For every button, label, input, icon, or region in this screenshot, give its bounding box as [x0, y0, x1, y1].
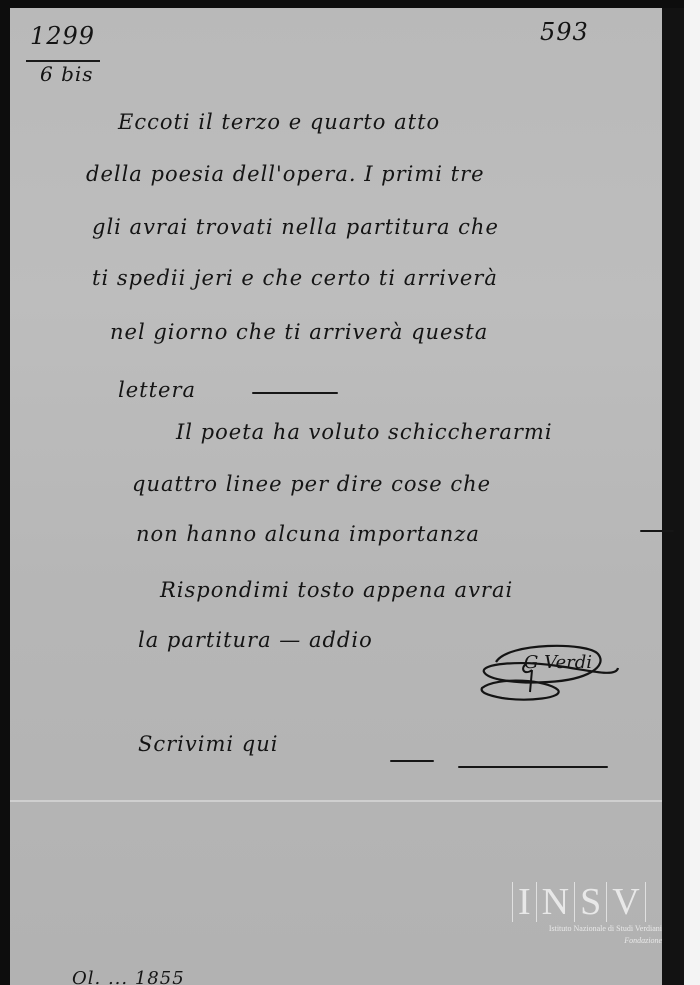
letter-line: gli avrai trovati nella partitura che [92, 215, 499, 239]
bottom-note: Ol. ... 1855 [72, 968, 185, 985]
letter-line: nel giorno che ti arriverà questa [110, 320, 488, 344]
letter-line: Rispondimi tosto appena avrai [160, 578, 513, 602]
archive-number: 1299 [30, 22, 95, 50]
page-number: 593 [540, 18, 589, 46]
letter-line: Eccoti il terzo e quarto atto [118, 110, 440, 134]
scan-margin [684, 0, 700, 985]
letter-line: quattro linee per dire cose che [132, 472, 491, 496]
letter-line: la partitura — addio [138, 628, 373, 652]
letter-line: ti spedii jeri e che certo ti arriverà [92, 266, 498, 290]
line-dash [640, 530, 674, 532]
letter-line: Il poeta ha voluto schiccherarmi [176, 420, 553, 444]
watermark-subtitle: Fondazione [512, 936, 662, 946]
letter-line: della poesia dell'opera. I primi tre [86, 162, 485, 186]
line-dash [390, 760, 434, 762]
signature-text: G Verdi [524, 652, 592, 673]
line-dash [458, 766, 608, 768]
archive-subnumber: 6 bis [40, 62, 94, 86]
institution-watermark: I N S V Istituto Nazionale di Studi Verd… [512, 882, 662, 942]
watermark-letter: S [574, 882, 606, 922]
watermark-letter: N [536, 882, 574, 922]
line-dash [252, 392, 338, 394]
watermark-logo: I N S V [512, 882, 662, 922]
watermark-institution: Istituto Nazionale di Studi Verdiani [512, 924, 662, 934]
letter-line: non hanno alcuna importanza [136, 522, 480, 546]
scan-border-right [662, 8, 684, 985]
letter-line: lettera [118, 378, 196, 402]
watermark-letter: I [512, 882, 536, 922]
watermark-letter: V [606, 882, 645, 922]
letter-line: Scrivimi qui [138, 732, 278, 756]
signature: G Verdi [478, 640, 623, 702]
letter-paper [10, 8, 662, 985]
